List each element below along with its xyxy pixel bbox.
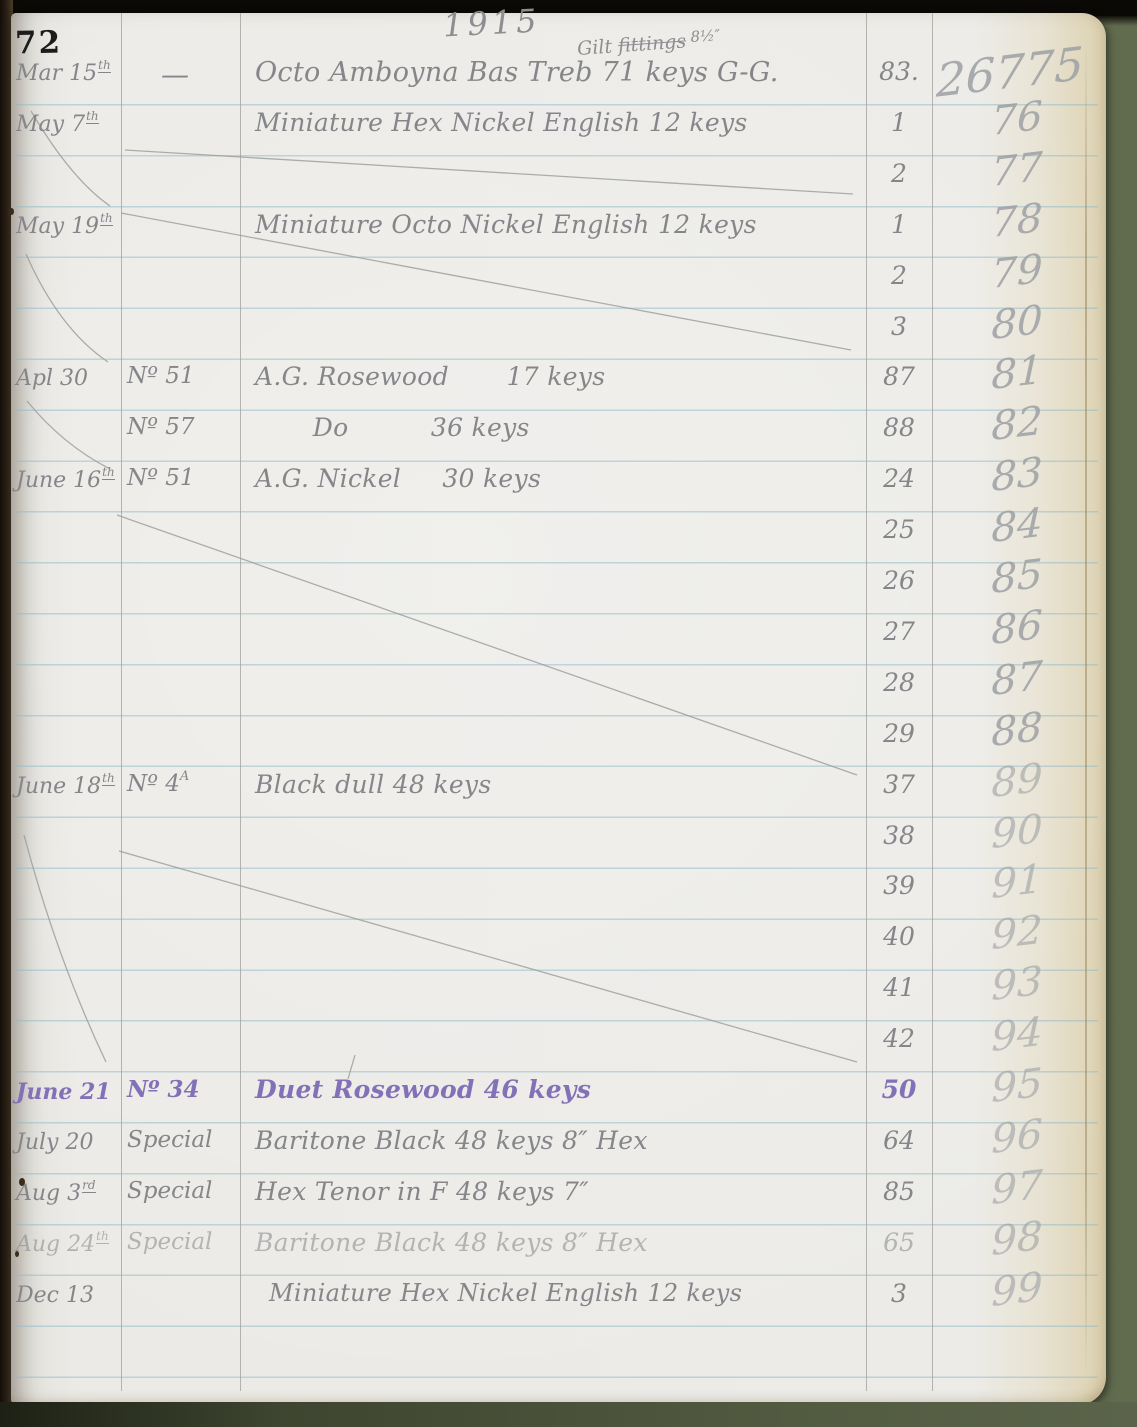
model-no-cell: Special bbox=[127, 1127, 243, 1153]
description-cell: Octo Amboyna Bas Treb 71 keys G-G. bbox=[255, 57, 863, 88]
batch-number-cell: 24 bbox=[866, 464, 932, 493]
model-no-cell: Nº 4A bbox=[127, 771, 243, 797]
ledger-row: Aug 24thSpecialBaritone Black 48 keys 8″… bbox=[11, 1224, 1106, 1276]
ledger-row: 4294 bbox=[11, 1020, 1106, 1072]
date-cell: July 20 bbox=[16, 1130, 120, 1155]
date-suffix: th bbox=[96, 1229, 109, 1244]
batch-number-cell: 27 bbox=[866, 617, 932, 646]
batch-number-cell: 42 bbox=[866, 1024, 932, 1053]
description-cell: Black dull 48 keys bbox=[255, 770, 863, 799]
batch-number-cell: 2 bbox=[866, 261, 932, 290]
batch-number-cell: 1 bbox=[866, 210, 932, 239]
ledger-row: 2786 bbox=[11, 613, 1106, 665]
description-cell: Duet Rosewood 46 keys bbox=[255, 1075, 863, 1104]
ledger-row: June 18thNº 4ABlack dull 48 keys3789 bbox=[11, 766, 1106, 818]
ledger-row: May 7thMiniature Hex Nickel English 12 k… bbox=[11, 104, 1106, 156]
date-cell: Apl 30 bbox=[16, 366, 120, 391]
description-cell: Hex Tenor in F 48 keys 7″ bbox=[255, 1177, 863, 1206]
ledger-row: Nº 57 Do 36 keys8882 bbox=[11, 409, 1106, 461]
date-cell: June 21 bbox=[16, 1079, 120, 1105]
ledger-row: July 20SpecialBaritone Black 48 keys 8″ … bbox=[11, 1122, 1106, 1174]
ledger-row: May 19thMiniature Octo Nickel English 12… bbox=[11, 206, 1106, 258]
date-cell: Mar 15th bbox=[16, 61, 120, 86]
date-cell: June 18th bbox=[16, 774, 120, 799]
ledger-row: June 16thNº 51A.G. Nickel 30 keys2483 bbox=[11, 460, 1106, 512]
ledger-row: 277 bbox=[11, 155, 1106, 207]
ledger-row: 3991 bbox=[11, 867, 1106, 919]
year-heading: 1915 bbox=[442, 1, 541, 44]
ledger-row: 4193 bbox=[11, 969, 1106, 1021]
ledger-row: Dec 13Miniature Hex Nickel English 12 ke… bbox=[11, 1275, 1106, 1327]
model-no-suffix: A bbox=[180, 769, 189, 784]
ledger-row: 3890 bbox=[11, 817, 1106, 869]
ledger-row: Aug 3rdSpecialHex Tenor in F 48 keys 7″8… bbox=[11, 1173, 1106, 1225]
batch-number-cell: 2 bbox=[866, 159, 932, 188]
ledger-row: 2685 bbox=[11, 562, 1106, 614]
description-cell: Miniature Hex Nickel English 12 keys bbox=[255, 108, 863, 137]
batch-number-cell: 1 bbox=[866, 108, 932, 137]
batch-number-cell: 65 bbox=[866, 1228, 932, 1257]
description-cell: Baritone Black 48 keys 8″ Hex bbox=[255, 1126, 863, 1155]
description-cell: Miniature Hex Nickel English 12 keys bbox=[269, 1279, 877, 1307]
date-cell: Aug 3rd bbox=[16, 1181, 120, 1206]
date-cell: Dec 13 bbox=[16, 1283, 120, 1308]
date-cell: Aug 24th bbox=[16, 1232, 120, 1257]
date-cell: May 7th bbox=[16, 112, 120, 137]
batch-number-cell: 29 bbox=[866, 719, 932, 748]
batch-number-cell: 38 bbox=[866, 821, 932, 850]
ledger-photo: 1915 72 Gilt fittings 8½″ Mar 15th—Octo … bbox=[0, 0, 1137, 1427]
date-suffix: th bbox=[100, 211, 113, 226]
batch-number-cell: 64 bbox=[866, 1126, 932, 1155]
batch-number-cell: 85 bbox=[866, 1177, 932, 1206]
ledger-row: Apl 30Nº 51A.G. Rosewood 17 keys8781 bbox=[11, 358, 1106, 410]
batch-number-cell: 40 bbox=[866, 922, 932, 951]
ledger-row: 2988 bbox=[11, 715, 1106, 767]
date-suffix: th bbox=[86, 109, 99, 124]
batch-number-cell: 28 bbox=[866, 668, 932, 697]
model-no-cell: Nº 51 bbox=[127, 465, 243, 491]
batch-number-cell: 3 bbox=[866, 312, 932, 341]
batch-number-cell: 41 bbox=[866, 973, 932, 1002]
description-cell: Do 36 keys bbox=[255, 413, 863, 442]
ledger-page: 1915 72 Gilt fittings 8½″ Mar 15th—Octo … bbox=[11, 13, 1106, 1405]
batch-number-cell: 39 bbox=[866, 871, 932, 900]
ledger-row: 380 bbox=[11, 308, 1106, 360]
ledger-row: 2887 bbox=[11, 664, 1106, 716]
description-cell: Baritone Black 48 keys 8″ Hex bbox=[255, 1228, 863, 1257]
date-cell: June 16th bbox=[16, 468, 120, 493]
description-cell: A.G. Rosewood 17 keys bbox=[255, 362, 863, 391]
ledger-row: June 21Nº 34Duet Rosewood 46 keys5095 bbox=[11, 1071, 1106, 1123]
date-suffix: rd bbox=[82, 1178, 95, 1193]
annotation-size: 8½″ bbox=[685, 26, 721, 46]
batch-number-cell: 87 bbox=[866, 362, 932, 391]
model-no-cell: Nº 34 bbox=[127, 1076, 243, 1103]
batch-number-cell: 3 bbox=[866, 1279, 932, 1308]
date-suffix: th bbox=[102, 465, 115, 480]
ledger-row: 279 bbox=[11, 257, 1106, 309]
ledger-row: Mar 15th—Octo Amboyna Bas Treb 71 keys G… bbox=[11, 53, 1106, 105]
date-suffix: th bbox=[102, 771, 115, 786]
description-cell: Miniature Octo Nickel English 12 keys bbox=[255, 210, 863, 239]
date-suffix: th bbox=[98, 58, 111, 73]
model-no-cell: Special bbox=[127, 1229, 243, 1255]
batch-number-cell: 26 bbox=[866, 566, 932, 595]
photo-background-bottom bbox=[0, 1402, 1137, 1427]
model-no-cell: Nº 51 bbox=[127, 363, 243, 389]
batch-number-cell: 50 bbox=[866, 1075, 932, 1104]
ledger-row: 4092 bbox=[11, 918, 1106, 970]
batch-number-cell: 88 bbox=[866, 413, 932, 442]
model-no-cell: Special bbox=[127, 1178, 243, 1204]
date-cell: May 19th bbox=[16, 214, 120, 239]
batch-number-cell: 25 bbox=[866, 515, 932, 544]
ledger-row: 2584 bbox=[11, 511, 1106, 563]
model-no-cell: Nº 57 bbox=[127, 414, 243, 440]
batch-number-cell: 37 bbox=[866, 770, 932, 799]
description-cell: A.G. Nickel 30 keys bbox=[255, 464, 863, 493]
